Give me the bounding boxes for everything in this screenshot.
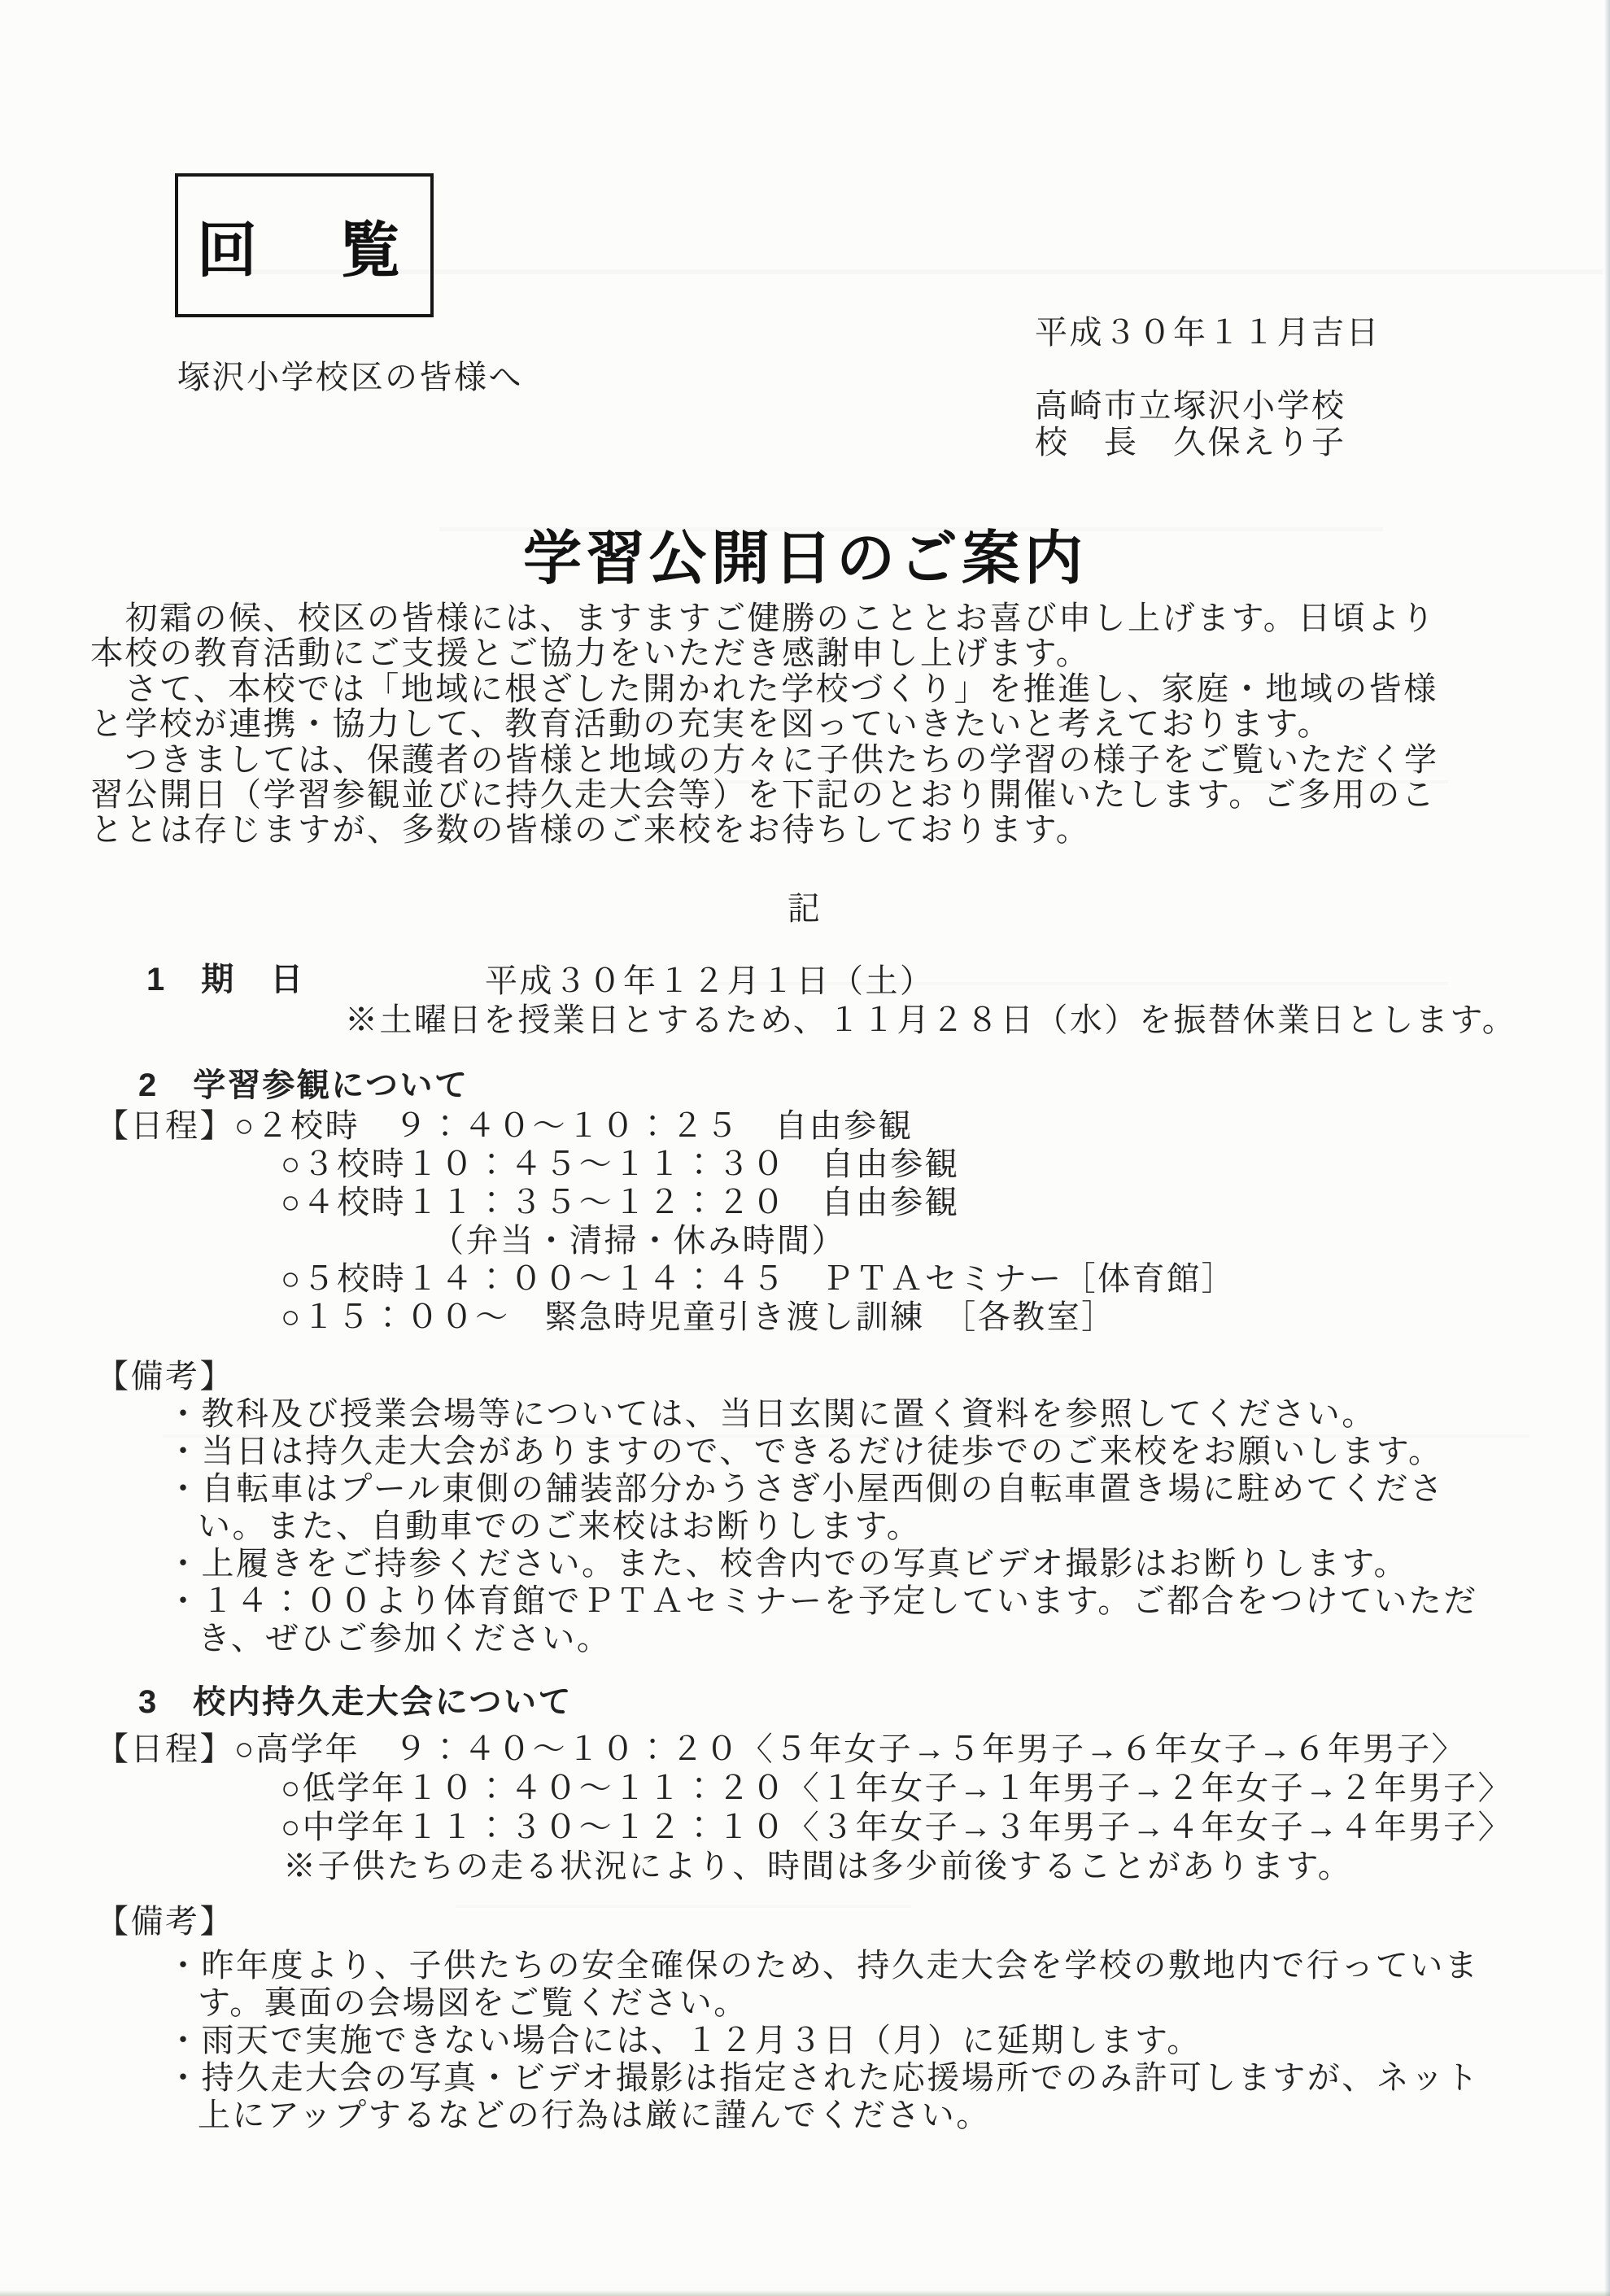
intro-line: 本校の教育活動にご支援とご協力をいただき感謝申し上げます。 bbox=[90, 635, 1090, 671]
sender-block: 平成３０年１１月吉日高崎市立塚沢小学校校 長 久保えり子 bbox=[1035, 314, 1381, 461]
intro-paragraphs: 初霜の候、校区の皆様には、ますますご健勝のこととお喜び申し上げます。日頃より本校… bbox=[90, 600, 1547, 848]
section-1-heading: 1 期 日 bbox=[146, 954, 305, 1000]
issued-date-line: 平成３０年１１月吉日 bbox=[1035, 314, 1381, 351]
scanned-notice-page: 回 覧 塚沢小学校区の皆様へ 平成３０年１１月吉日高崎市立塚沢小学校校 長 久保… bbox=[0, 0, 1610, 2296]
schedule-line: ※子供たちの走る状況により、時間は多少前後することがあります。 bbox=[283, 1840, 1352, 1887]
intro-line: 初霜の候、校区の皆様には、ますますご健勝のこととお喜び申し上げます。日頃より bbox=[90, 600, 1436, 636]
remark-line: き、ぜひご参加ください。 bbox=[198, 1613, 611, 1659]
principal-line: 校 長 久保えり子 bbox=[1035, 424, 1346, 461]
intro-line: つきましては、保護者の皆様と地域の方々に子供たちの学習の様子をご覧いただく学 bbox=[90, 741, 1439, 778]
circulation-stamp-box: 回 覧 bbox=[175, 173, 434, 317]
section-3-remarks-heading: 【備考】 bbox=[96, 1896, 234, 1942]
record-marker: 記 bbox=[11, 883, 1598, 929]
school-name-line: 高崎市立塚沢小学校 bbox=[1035, 387, 1346, 424]
section-3-heading: 3 校内持久走大会について bbox=[138, 1676, 573, 1722]
scan-streak bbox=[456, 1905, 911, 1908]
document-title: 学習公開日のご案内 bbox=[0, 511, 1610, 596]
remark-line: 上にアップするなどの行為は厳に謹んでください。 bbox=[198, 2089, 991, 2136]
addressee-line: 塚沢小学校区の皆様へ bbox=[177, 351, 523, 398]
intro-line: と学校が連携・協力して、教育活動の充実を図っていきたいと考えております。 bbox=[90, 705, 1332, 742]
section-1-note: ※土曜日を授業日とするため、１１月２８日（水）を振替休業日とします。 bbox=[345, 994, 1516, 1041]
section-2-heading: 2 学習参観について bbox=[138, 1059, 469, 1106]
circulation-stamp-label: 回 覧 bbox=[197, 203, 412, 289]
intro-line: ととは存じますが、多数の皆様のご来校をお待ちしております。 bbox=[90, 811, 1090, 848]
scan-edge-shadow bbox=[0, 2290, 1610, 2296]
intro-line: さて、本校では「地域に根ざした開かれた学校づくり」を推進し、家庭・地域の皆様 bbox=[90, 670, 1438, 707]
scan-edge-shadow bbox=[1604, 0, 1610, 2296]
scan-streak bbox=[228, 269, 1603, 274]
schedule-line: ○１５：００～ 緊急時児童引き渡し訓練 ［各教室］ bbox=[281, 1291, 1116, 1338]
intro-line: 習公開日（学習参観並びに持久走大会等）を下記のとおり開催いたします。ご多用のこ bbox=[90, 776, 1436, 813]
